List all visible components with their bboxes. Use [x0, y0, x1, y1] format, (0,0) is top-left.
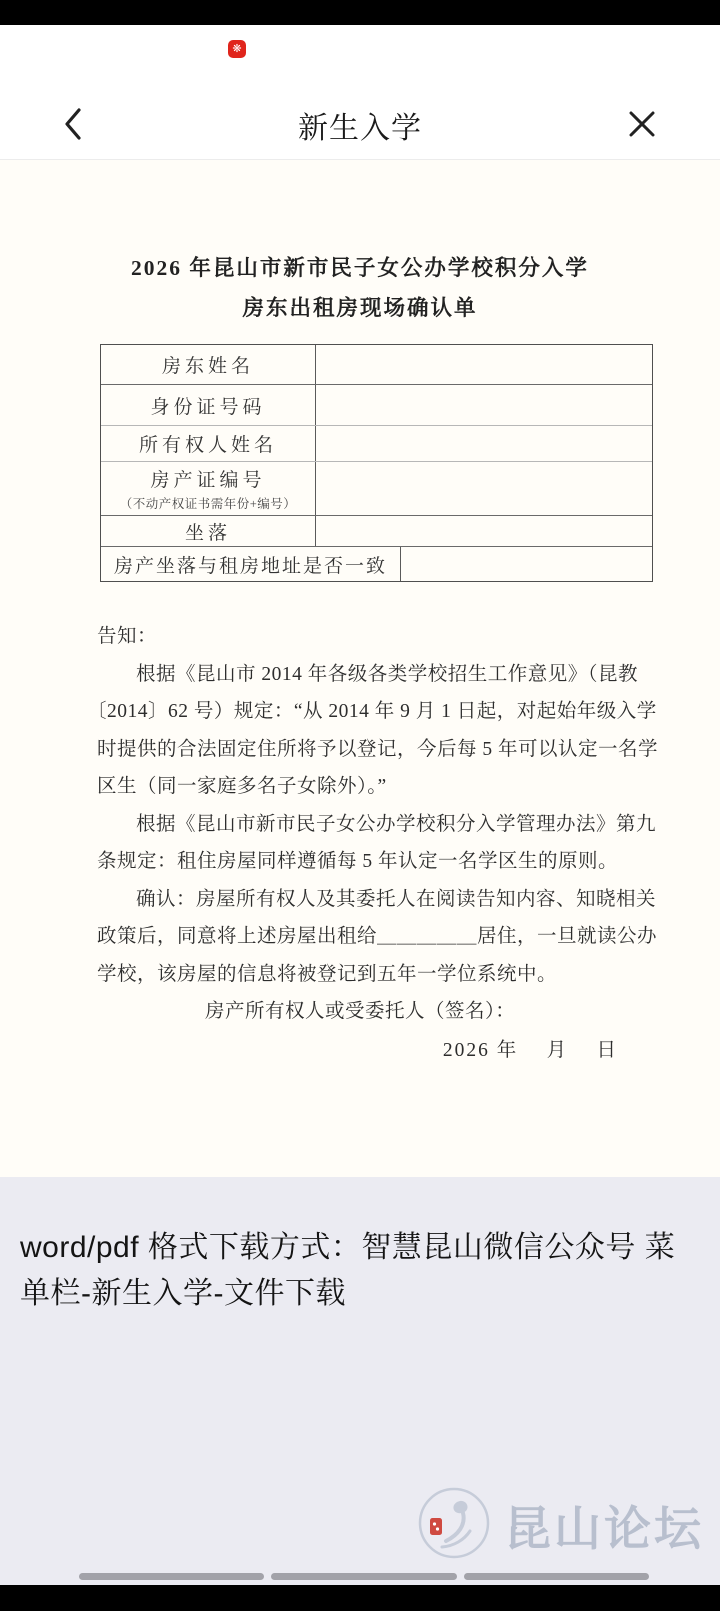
label-cell: 房东姓名 [101, 345, 316, 384]
value-cell [316, 426, 652, 461]
value-cell [316, 516, 652, 546]
value-cell [401, 547, 652, 581]
table-row-location: 坐落 [101, 515, 652, 546]
notice-line: 告知： [97, 618, 645, 656]
value-cell [316, 385, 652, 425]
back-button[interactable] [56, 106, 90, 144]
progress-segment [464, 1573, 649, 1580]
download-note-line2: 单栏-新生入学-文件下载 [20, 1271, 702, 1317]
document-page: 2026 年昆山市新市民子女公办学校积分入学 房东出租房现场确认单 房东姓名 身… [0, 160, 720, 1177]
table-row-address-match: 房产坐落与租房地址是否一致 [101, 546, 652, 581]
footer-panel: word/pdf 格式下载方式：智慧昆山微信公众号 菜 单栏-新生入学-文件下载… [0, 1177, 720, 1585]
table-row-owner-name: 所有权人姓名 [101, 425, 652, 461]
notice-section: 告知： 根据《昆山市 2014 年各级各类学校招生工作意见》（昆教 〔2014〕… [97, 618, 645, 993]
form-table: 房东姓名 身份证号码 所有权人姓名 房产证编号 （不动产权证书需年份+编号） 坐… [100, 344, 653, 582]
table-row-id-number: 身份证号码 [101, 384, 652, 425]
notice-line: 确认：房屋所有权人及其委托人在阅读告知内容、知晓相关 [97, 881, 645, 919]
label-cell: 房产证编号 （不动产权证书需年份+编号） [101, 462, 316, 515]
notice-line: 学校，该房屋的信息将被登记到五年一学位系统中。 [97, 956, 645, 994]
label-cell: 房产坐落与租房地址是否一致 [101, 547, 401, 581]
document-title-line1: 2026 年昆山市新市民子女公办学校积分入学 [0, 248, 720, 288]
progress-segment [79, 1573, 264, 1580]
notice-line: 〔2014〕62 号）规定：“从 2014 年 9 月 1 日起，对起始年级入学 [87, 693, 645, 731]
label-cell: 坐落 [101, 516, 316, 546]
table-row-deed-number: 房产证编号 （不动产权证书需年份+编号） [101, 461, 652, 515]
chevron-left-icon [63, 107, 83, 144]
notice-line: 根据《昆山市新市民子女公办学校积分入学管理办法》第九 [97, 806, 645, 844]
forum-logo-icon [416, 1485, 492, 1566]
value-cell [316, 462, 652, 515]
deed-label: 房产证编号 [150, 465, 265, 492]
notice-line: 条规定：租住房屋同样遵循每 5 年认定一名学区生的原则。 [97, 843, 645, 881]
signature-label: 房产所有权人或受委托人（签名）： [205, 993, 720, 1031]
close-button[interactable] [622, 106, 662, 144]
label-cell: 身份证号码 [101, 385, 316, 425]
table-row-landlord-name: 房东姓名 [101, 345, 652, 384]
status-bar [0, 0, 720, 25]
notice-line: 时提供的合法固定住所将予以登记，今后每 5 年可以认定一名学 [97, 731, 645, 769]
download-note: word/pdf 格式下载方式：智慧昆山微信公众号 菜 单栏-新生入学-文件下载 [0, 1177, 720, 1317]
app-icon-row: ❋ [0, 25, 720, 90]
label-cell: 所有权人姓名 [101, 426, 316, 461]
close-icon [627, 109, 657, 142]
document-title: 2026 年昆山市新市民子女公办学校积分入学 房东出租房现场确认单 [0, 160, 720, 328]
nav-bar: 新生入学 [0, 90, 720, 160]
value-cell [316, 345, 652, 384]
page-progress-bar [79, 1573, 649, 1580]
miniprogram-icon-glyph: ❋ [232, 44, 241, 55]
document-title-line2: 房东出租房现场确认单 [0, 288, 720, 328]
forum-watermark-text: 昆山论坛 [504, 1492, 704, 1559]
deed-sublabel: （不动产权证书需年份+编号） [120, 494, 297, 512]
notice-line: 区生（同一家庭多名子女除外）。” [97, 768, 645, 806]
page-title: 新生入学 [0, 103, 720, 147]
date-line: 2026 年 月 日 [0, 1032, 720, 1070]
notice-line: 政策后，同意将上述房屋出租给＿＿＿＿＿居住，一旦就读公办 [97, 918, 645, 956]
miniprogram-icon: ❋ [228, 40, 246, 58]
bottom-bar [0, 1585, 720, 1611]
forum-watermark: 昆山论坛 [416, 1485, 704, 1566]
progress-segment [271, 1573, 456, 1580]
notice-line: 根据《昆山市 2014 年各级各类学校招生工作意见》（昆教 [97, 656, 645, 694]
download-note-line1: word/pdf 格式下载方式：智慧昆山微信公众号 菜 [20, 1225, 702, 1271]
